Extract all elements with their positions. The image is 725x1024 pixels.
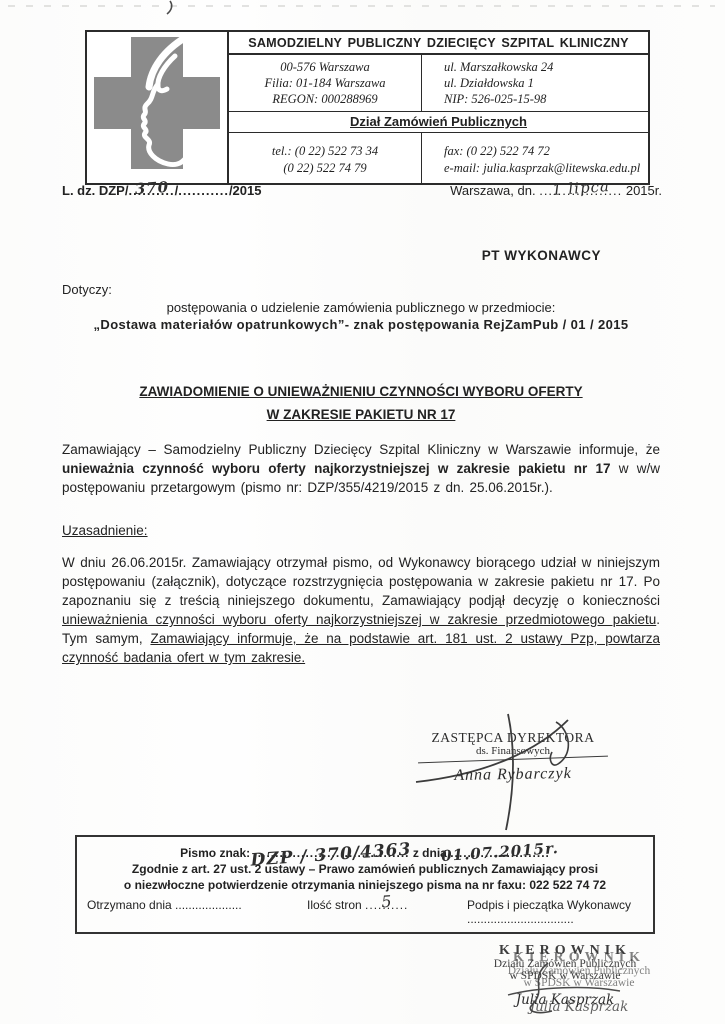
regon: REGON: 000288969 xyxy=(231,91,419,107)
phones: tel.: (0 22) 522 73 34 (0 22) 522 74 79 xyxy=(229,133,422,183)
subject-line-2: „Dostawa materiałów opatrunkowych”- znak… xyxy=(62,317,660,332)
underlined-clause-1: unieważnienia czynności wyboru oferty na… xyxy=(62,612,656,627)
postal-code: 00-576 Warszawa xyxy=(231,59,419,75)
contact-row: tel.: (0 22) 522 73 34 (0 22) 522 74 79 … xyxy=(229,133,648,183)
handwritten-page-count: 5 xyxy=(380,892,392,912)
paragraph-justification: W dniu 26.06.2015r. Zamawiający otrzymał… xyxy=(62,553,660,667)
notice-title: ZAWIADOMIENIE O UNIEWAŻNIENIU CZYNNOŚCI … xyxy=(62,380,660,426)
handwritten-letter-date: 01.07.2015r. xyxy=(441,840,560,864)
reference-number: L. dz. DZP/..........370/...........370/… xyxy=(62,183,261,198)
scanned-letter-page: SAMODZIELNY PUBLICZNY DZIECIĘCY SZPITAL … xyxy=(0,0,725,1024)
confirmation-box: Pismo znak: ............................… xyxy=(75,835,655,934)
page-count-field: Ilość stron ..........5 xyxy=(307,898,467,926)
contractor-signature-field: Podpis i pieczątka Wykonawcy ...........… xyxy=(467,898,645,926)
phone-2: (0 22) 522 74 79 xyxy=(231,160,419,177)
footer-line-3: o niezwłoczne potwierdzenie otrzymania n… xyxy=(77,877,653,893)
paragraph-decision: Zamawiający – Samodzielny Publiczny Dzie… xyxy=(62,440,660,497)
manager-stamp: KIEROWNIK Działu Zamówień Publicznych w … xyxy=(440,943,690,1008)
footer-bottom-row: Otrzymano dnia .................... Iloś… xyxy=(87,898,645,926)
manager-stamp-org: w SPDSK w Warszawie xyxy=(440,970,690,982)
title-line-2: W ZAKRESIE PAKIETU NR 17 xyxy=(267,407,456,422)
letterhead: SAMODZIELNY PUBLICZNY DZIECIĘCY SZPITAL … xyxy=(85,30,650,185)
stamp-title: ZASTĘPCA DYREKTORA xyxy=(408,730,618,746)
decision-bold: unieważnia czynność wyboru oferty najkor… xyxy=(62,461,610,476)
stamp-subtitle: ds. Finansowych xyxy=(408,745,618,757)
fax-email: fax: (0 22) 522 74 72 e-mail: julia.kasp… xyxy=(422,133,648,183)
footer-line-2: Zgodnie z art. 27 ust. 2 ustawy – Prawo … xyxy=(77,861,653,877)
street-2: ul. Działdowska 1 xyxy=(444,75,646,91)
manager-stamp-title: KIEROWNIK xyxy=(440,943,690,959)
address-left: 00-576 Warszawa Filia: 01-184 Warszawa R… xyxy=(229,55,422,111)
deputy-director-stamp: ZASTĘPCA DYREKTORA ds. Finansowych Anna … xyxy=(408,730,618,784)
justification-heading: Uzasadnienie: xyxy=(62,523,148,538)
handwritten-ref-1: 370 xyxy=(134,178,169,198)
department-row: Dział Zamówień Publicznych xyxy=(229,111,648,133)
department-name: Dział Zamówień Publicznych xyxy=(350,114,527,129)
manager-stamp-dept: Działu Zamówień Publicznych xyxy=(440,958,690,970)
email: e-mail: julia.kasprzak@litewska.edu.pl xyxy=(444,160,646,177)
address-right: ul. Marszałkowska 24 ul. Działdowska 1 N… xyxy=(422,55,648,111)
phone-1: tel.: (0 22) 522 73 34 xyxy=(231,143,419,160)
address-row: 00-576 Warszawa Filia: 01-184 Warszawa R… xyxy=(229,55,648,111)
fax: fax: (0 22) 522 74 72 xyxy=(444,143,646,160)
scan-artifact xyxy=(0,0,725,16)
signer-name: Anna Rybarczyk xyxy=(408,764,618,786)
branch-address: Filia: 01-184 Warszawa xyxy=(231,75,419,91)
hospital-logo xyxy=(87,32,229,183)
received-date-field: Otrzymano dnia .................... xyxy=(87,898,307,926)
manager-signer-name: Julia Kasprzak xyxy=(440,992,690,1008)
recipient: PT WYKONAWCY xyxy=(482,248,601,263)
letterhead-right: SAMODZIELNY PUBLICZNY DZIECIĘCY SZPITAL … xyxy=(229,32,648,183)
subject-line-1: postępowania o udzielenie zamówienia pub… xyxy=(62,300,660,315)
footer-line-1: Pismo znak: ............................… xyxy=(77,845,653,861)
nip: NIP: 526-025-15-98 xyxy=(444,91,646,107)
title-line-1: ZAWIADOMIENIE O UNIEWAŻNIENIU CZYNNOŚCI … xyxy=(139,384,582,399)
org-name: SAMODZIELNY PUBLICZNY DZIECIĘCY SZPITAL … xyxy=(229,32,648,55)
underlined-clause-2: Zamawiający informuje, że na podstawie a… xyxy=(62,631,660,665)
cross-face-icon xyxy=(91,34,223,172)
place-date: Warszawa, dn. ..................1 lipca … xyxy=(450,183,662,198)
subject-label: Dotyczy: xyxy=(62,282,112,297)
manager-stamp-main: KIEROWNIK Działu Zamówień Publicznych w … xyxy=(440,943,690,1008)
street-1: ul. Marszałkowska 24 xyxy=(444,59,646,75)
reference-line: L. dz. DZP/..........370/...........370/… xyxy=(62,183,662,198)
